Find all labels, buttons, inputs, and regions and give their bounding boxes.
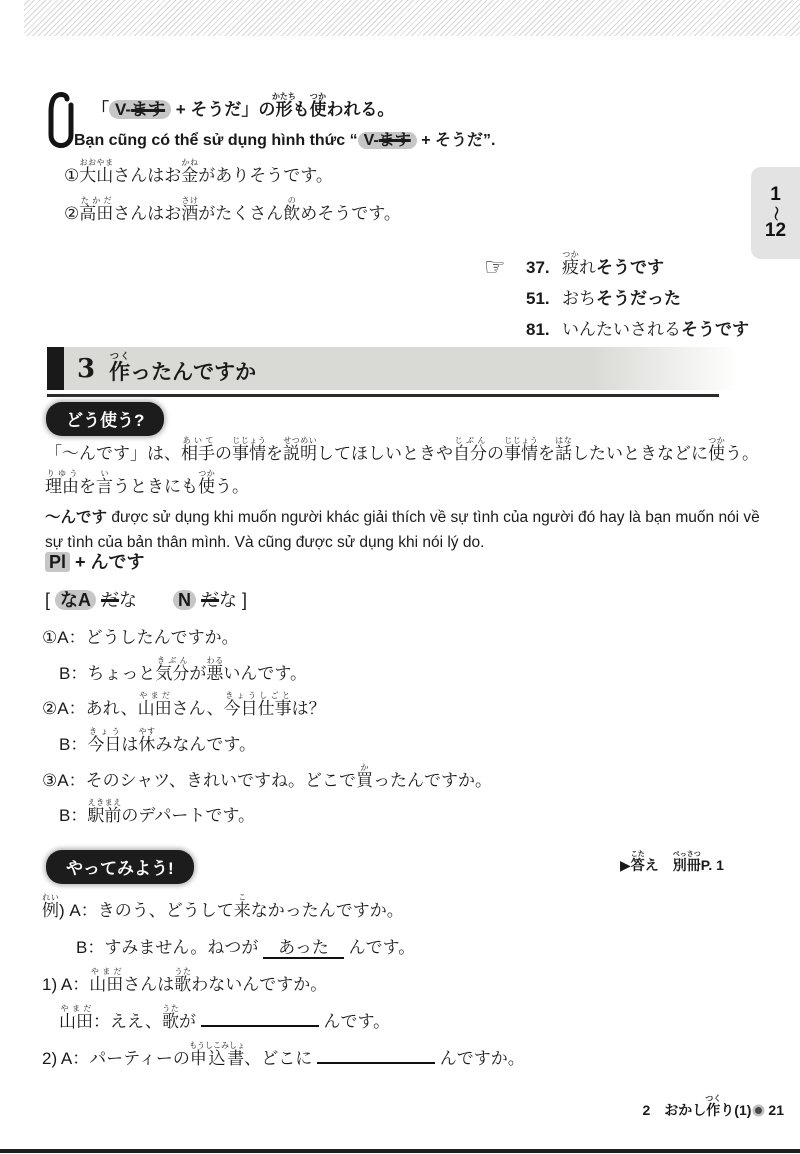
reference-text: 疲つかれそうです <box>562 250 749 283</box>
reference-number: 51. <box>526 284 562 314</box>
dialog-line: B：今日きょうは休やすみなんです。 <box>42 727 492 763</box>
exercise-block: 例れい) A：きのう、どうして来こなかったんですか。 B：すみません。ねつが あ… <box>42 892 525 1077</box>
dialog-line: B：駅前えきまえのデパートです。 <box>42 798 492 834</box>
section-3-header: 3 作つくったんですか <box>47 347 740 397</box>
chapter-range-tab: 1 〜 12 <box>751 167 800 259</box>
dialog-line: ③A：そのシャツ、きれいですね。どこで買かったんですか。 <box>42 763 492 799</box>
note-heading: 「V-ます + そうだ」の形かたちも使つかわれる。 <box>64 92 495 128</box>
bottom-rule <box>0 1149 800 1153</box>
section-title-area: 3 作つくったんですか <box>64 347 740 390</box>
exercise-line: 2) A：パーティーの申込書もうしこみしょ、どこに んですか。 <box>42 1040 525 1077</box>
exercise-line: B：すみません。ねつが あった んです。 <box>42 929 525 966</box>
header-rule <box>47 394 719 397</box>
textbook-page: 「V-ます + そうだ」の形かたちも使つかわれる。 Bạn cũng có th… <box>0 0 800 1154</box>
note-example-1: ①大山おおやまさんはお金かねがありそうです。 <box>64 158 495 194</box>
dialog-line: ①A：どうしたんですか。 <box>42 620 492 656</box>
section-title: 作つくったんですか <box>109 351 256 385</box>
explanation-block: 「〜んです」は、相手あいての事情じじょうを説明せつめいしてほしいときや自分じぶん… <box>45 436 761 556</box>
decorative-hatch-band <box>24 0 800 36</box>
reference-text: おちそうだった <box>562 284 749 314</box>
dialog-line: ②A：あれ、山田やまださん、今日きょう仕事しごとは？ <box>42 691 492 727</box>
dialog-examples: ①A：どうしたんですか。 B：ちょっと気分きぶんが悪わるいんです。 ②A：あれ、… <box>42 620 492 834</box>
section-header-bar: 3 作つくったんですか <box>47 347 740 390</box>
tab-top-number: 1 <box>770 185 781 206</box>
reference-number: 81. <box>526 315 562 345</box>
tab-bottom-number: 12 <box>765 221 786 242</box>
reference-list: ☞ 37. 疲つかれそうです 51. おちそうだった 81. いんたいされるそう… <box>484 250 749 344</box>
header-black-square <box>47 347 64 390</box>
answer-reference: ▶答こたえ 別冊べっさつP. 1 <box>620 851 724 879</box>
tab-tilde: 〜 <box>768 205 783 220</box>
section-number: 3 <box>77 354 95 384</box>
exercise-line: 1) A：山田やまださんは歌うたわないんですか。 <box>42 966 525 1003</box>
dialog-line: B：ちょっと気分きぶんが悪わるいんです。 <box>42 656 492 692</box>
note-vi-translation: Bạn cũng có thể sử dụng hình thức “V-ます … <box>64 129 495 153</box>
exercise-line: 例れい) A：きのう、どうして来こなかったんですか。 <box>42 892 525 929</box>
page-footer: 2 おかし作つくり(1)21 <box>643 1094 785 1124</box>
note-block: 「V-ます + そうだ」の形かたちも使つかわれる。 Bạn cũng có th… <box>64 92 495 232</box>
how-to-use-label: どう使う? <box>46 402 164 436</box>
pointing-hand-icon: ☞ <box>484 254 526 283</box>
reference-text: いんたいされるそうです <box>562 315 749 345</box>
try-it-label: やってみよう! <box>46 850 194 884</box>
exercise-line: 山田やまだ：ええ、歌うたが んです。 <box>42 1003 525 1040</box>
note-example-2: ②高田たかださんはお酒さけがたくさん飲のめそうです。 <box>64 196 495 232</box>
form-pattern: Pl + んです <box>45 548 247 574</box>
grammar-form-block: Pl + んです [ なA だな N だな ] <box>45 548 247 612</box>
explanation-japanese: 「〜んです」は、相手あいての事情じじょうを説明せつめいしてほしいときや自分じぶん… <box>45 436 761 503</box>
form-bracket-note: [ なA だな N だな ] <box>45 586 247 612</box>
reference-number: 37. <box>526 253 562 283</box>
